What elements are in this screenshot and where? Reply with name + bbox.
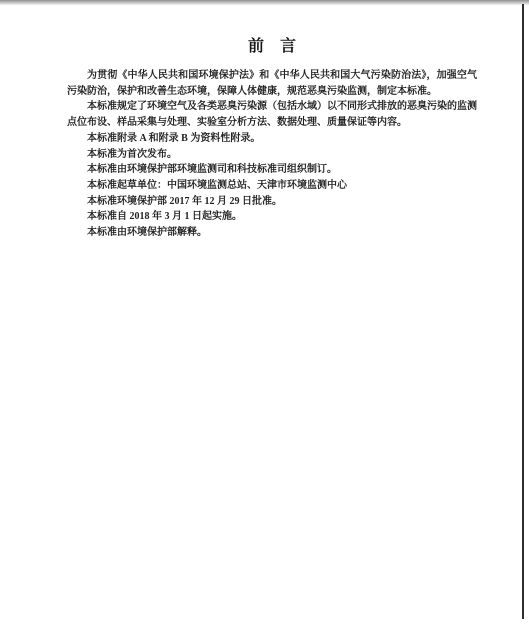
paragraph: 本标准环境保护部 2017 年 12 月 29 日批准。: [67, 194, 477, 210]
paragraph: 本标准自 2018 年 3 月 1 日起实施。: [67, 209, 477, 225]
paragraph: 为贯彻《中华人民共和国环境保护法》和《中华人民共和国大气污染防治法》，加强空气污…: [67, 68, 477, 99]
paragraph-list: 为贯彻《中华人民共和国环境保护法》和《中华人民共和国大气污染防治法》，加强空气污…: [67, 68, 477, 241]
scan-top-edge: [0, 0, 529, 5]
page-title: 前 言: [67, 36, 477, 58]
paragraph: 本标准附录 A 和附录 B 为资料性附录。: [67, 131, 477, 147]
paragraph: 本标准起草单位：中国环境监测总站、天津市环境监测中心: [67, 178, 477, 194]
page-content: 前 言 为贯彻《中华人民共和国环境保护法》和《中华人民共和国大气污染防治法》，加…: [67, 36, 477, 241]
paragraph: 本标准由环境保护部环境监测司和科技标准司组织制订。: [67, 162, 477, 178]
paragraph: 本标准为首次发布。: [67, 147, 477, 163]
paragraph: 本标准由环境保护部解释。: [67, 225, 477, 241]
page-right-edge-line: [522, 4, 524, 619]
paragraph: 本标准规定了环境空气及各类恶臭污染源（包括水域）以不同形式排放的恶臭污染的监测点…: [67, 99, 477, 130]
document-page: 前 言 为贯彻《中华人民共和国环境保护法》和《中华人民共和国大气污染防治法》，加…: [0, 0, 529, 637]
